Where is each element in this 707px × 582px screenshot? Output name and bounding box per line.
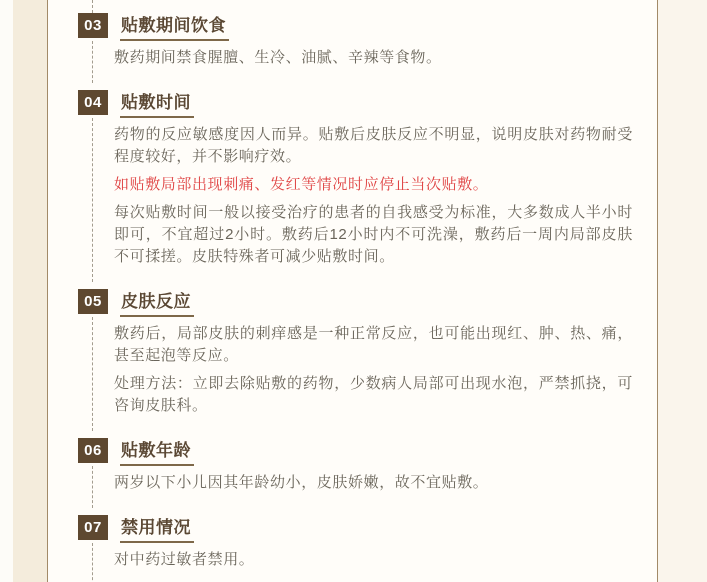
content-panel: 03 贴敷期间饮食 敷药期间禁食腥膻、生冷、油腻、辛辣等食物。 04 贴敷时间 …	[47, 0, 658, 582]
paragraph: 每次贴敷时间一般以接受治疗的患者的自我感受为标准，大多数成人半小时即可，不宜超过…	[114, 202, 633, 268]
paragraph: 处理方法：立即去除贴敷的药物，少数病人局部可出现水泡，严禁抓挠，可咨询皮肤科。	[114, 373, 633, 417]
section-header: 05 皮肤反应	[78, 289, 657, 317]
section-number-badge: 06	[78, 438, 108, 463]
section-07: 07 禁用情况 对中药过敏者禁用。	[48, 515, 657, 582]
warning-paragraph: 如贴敷局部出现刺痛、发红等情况时应停止当次贴敷。	[114, 174, 633, 196]
section-body: 敷药期间禁食腥膻、生冷、油腻、辛辣等食物。	[92, 41, 657, 83]
paragraph: 敷药后，局部皮肤的刺痒感是一种正常反应，也可能出现红、肿、热、痛，甚至起泡等反应…	[114, 323, 633, 367]
section-body: 药物的反应敏感度因人而异。贴敷后皮肤反应不明显，说明皮肤对药物耐受程度较好，并不…	[92, 118, 657, 282]
section-header: 06 贴敷年龄	[78, 438, 657, 466]
section-body: 对中药过敏者禁用。	[92, 543, 657, 582]
section-header: 07 禁用情况	[78, 515, 657, 543]
section-04: 04 贴敷时间 药物的反应敏感度因人而异。贴敷后皮肤反应不明显，说明皮肤对药物耐…	[48, 90, 657, 282]
section-number-badge: 04	[78, 90, 108, 115]
section-number-badge: 03	[78, 13, 108, 38]
section-number-badge: 05	[78, 289, 108, 314]
section-header: 04 贴敷时间	[78, 90, 657, 118]
left-edge-strip	[0, 0, 13, 582]
section-connector-line	[92, 0, 93, 13]
section-body: 两岁以下小儿因其年龄幼小，皮肤娇嫩，故不宜贴敷。	[92, 466, 657, 508]
paragraph: 两岁以下小儿因其年龄幼小，皮肤娇嫩，故不宜贴敷。	[114, 472, 633, 494]
section-header: 03 贴敷期间饮食	[78, 13, 657, 41]
paragraph: 敷药期间禁食腥膻、生冷、油腻、辛辣等食物。	[114, 47, 633, 69]
section-title: 皮肤反应	[120, 289, 194, 317]
section-number-badge: 07	[78, 515, 108, 540]
paragraph: 对中药过敏者禁用。	[114, 549, 633, 571]
section-title: 禁用情况	[120, 515, 194, 543]
page-background: 03 贴敷期间饮食 敷药期间禁食腥膻、生冷、油腻、辛辣等食物。 04 贴敷时间 …	[0, 0, 707, 582]
section-06: 06 贴敷年龄 两岁以下小儿因其年龄幼小，皮肤娇嫩，故不宜贴敷。	[48, 438, 657, 508]
section-03: 03 贴敷期间饮食 敷药期间禁食腥膻、生冷、油腻、辛辣等食物。	[48, 13, 657, 83]
left-beige-strip	[13, 0, 47, 582]
section-title: 贴敷时间	[120, 90, 194, 118]
paragraph: 药物的反应敏感度因人而异。贴敷后皮肤反应不明显，说明皮肤对药物耐受程度较好，并不…	[114, 124, 633, 168]
section-body: 敷药后，局部皮肤的刺痒感是一种正常反应，也可能出现红、肿、热、痛，甚至起泡等反应…	[92, 317, 657, 431]
section-title: 贴敷年龄	[120, 438, 194, 466]
section-05: 05 皮肤反应 敷药后，局部皮肤的刺痒感是一种正常反应，也可能出现红、肿、热、痛…	[48, 289, 657, 431]
section-title: 贴敷期间饮食	[120, 13, 229, 41]
